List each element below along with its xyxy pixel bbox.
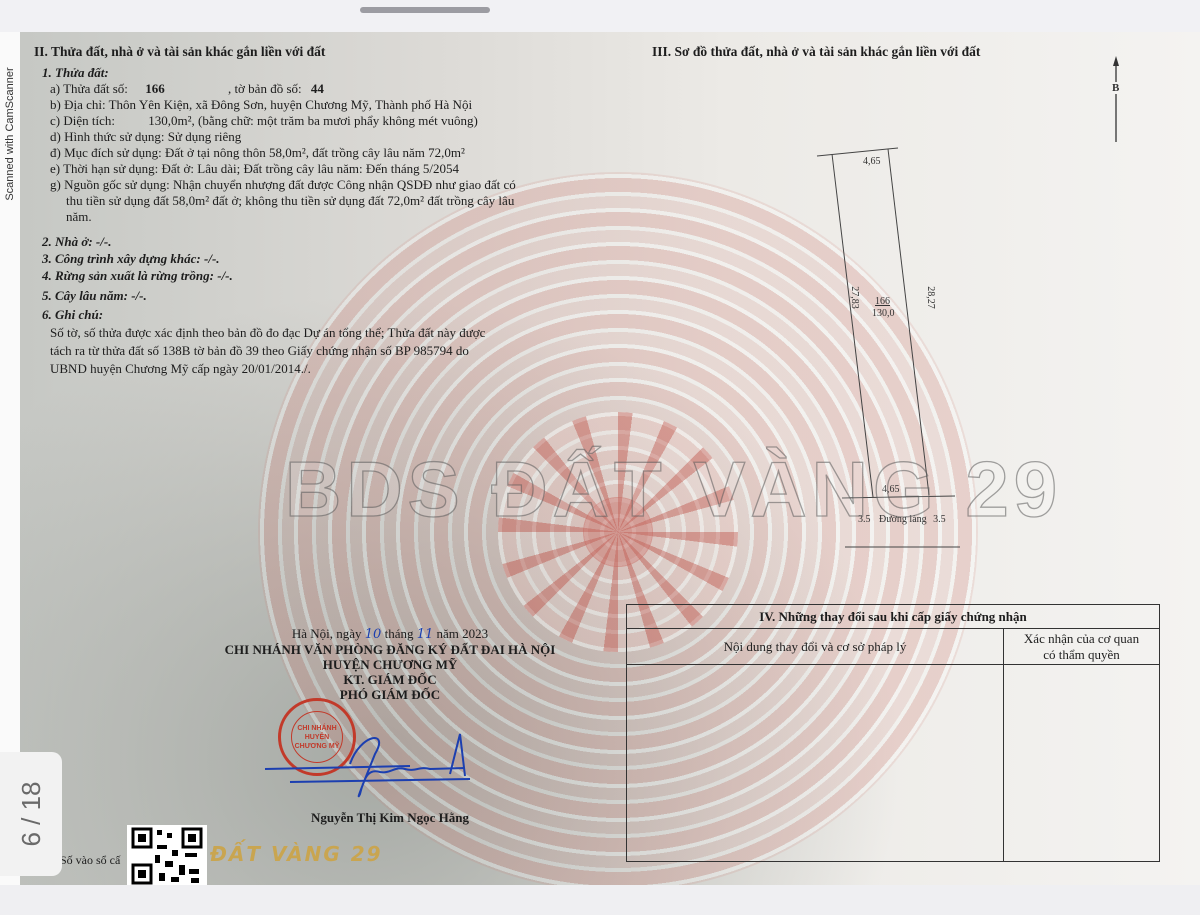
- certificate-page: II. Thửa đất, nhà ở và tài sản khác gắn …: [20, 32, 1200, 887]
- viewer-top-bar: [0, 0, 1200, 32]
- north-label: B: [1112, 82, 1119, 94]
- column-authority-line1: Xác nhận của cơ quan: [1004, 631, 1159, 647]
- top-edge-length: 4,65: [863, 156, 881, 167]
- signature-block: Hà Nội, ngày 10 tháng 11 năm 2023 CHI NH…: [190, 626, 590, 702]
- record-book-text: Số vào sổ cấ: [60, 853, 120, 868]
- year-label: năm 2023: [437, 626, 489, 641]
- left-edge-length: 27,83: [849, 286, 860, 309]
- issue-day: 10: [365, 627, 382, 642]
- parcel-number: 166: [875, 296, 890, 307]
- changes-content-cell: [627, 665, 1004, 862]
- role-line-2: PHÓ GIÁM ĐỐC: [190, 687, 590, 702]
- viewer-bottom-bar: [0, 885, 1200, 915]
- column-changes-content: Nội dung thay đổi và cơ sở pháp lý: [627, 629, 1004, 665]
- drag-handle[interactable]: [360, 7, 490, 13]
- month-label: tháng: [385, 626, 414, 641]
- section4-title: IV. Những thay đổi sau khi cấp giấy chứn…: [627, 605, 1160, 629]
- column-authority-confirmation: Xác nhận của cơ quan có thẩm quyền: [1004, 629, 1160, 665]
- page-counter: 6 / 18: [17, 764, 45, 864]
- brand-watermark: BDS ĐẤT VÀNG 29: [285, 444, 1062, 535]
- right-edge-length: 28,27: [925, 286, 936, 309]
- scanner-label: Scanned with CamScanner: [4, 59, 18, 209]
- date-prefix: Hà Nội, ngày: [292, 626, 362, 641]
- org-line-1: CHI NHÁNH VĂN PHÒNG ĐĂNG KÝ ĐẤT ĐAI HÀ N…: [190, 642, 590, 657]
- parcel-area: 130,0: [872, 308, 895, 319]
- changes-table: IV. Những thay đổi sau khi cấp giấy chứn…: [626, 604, 1160, 862]
- page-indicator: 6 / 18: [0, 752, 62, 876]
- org-line-2: HUYỆN CHƯƠNG MỸ: [190, 657, 590, 672]
- issue-date: Hà Nội, ngày 10 tháng 11 năm 2023: [190, 626, 590, 642]
- authority-confirmation-cell: [1004, 665, 1160, 862]
- brand-logo-text: ĐẤT VÀNG 29: [210, 842, 383, 866]
- signer-name: Nguyễn Thị Kim Ngọc Hằng: [190, 810, 590, 826]
- signature-scribble: [260, 724, 500, 814]
- qr-code[interactable]: [127, 825, 207, 887]
- role-line-1: KT. GIÁM ĐỐC: [190, 672, 590, 687]
- issue-month: 11: [417, 627, 434, 642]
- column-authority-line2: có thẩm quyền: [1004, 647, 1159, 663]
